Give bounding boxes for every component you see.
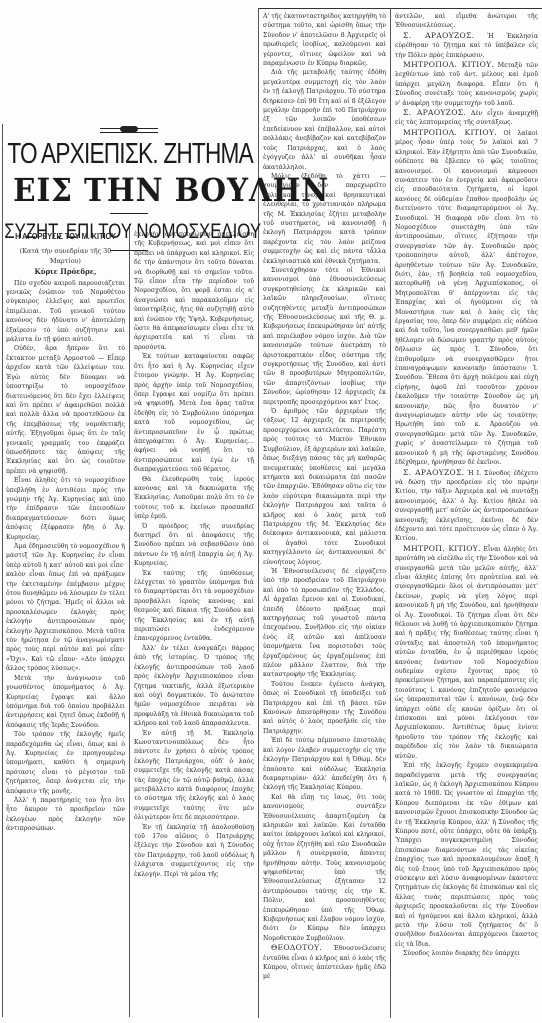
paragraph: Ἀλλ' ἡ παρατήρησίς του ἦτο ὅτι ἦτο ἄκυρο… bbox=[6, 796, 125, 834]
article-subheading: Η ΑΓΟΡΕΥΣΙΣ ΤΟΥ Μ. ΚΙΤΙΟΥ bbox=[15, 232, 116, 241]
paragraph: ἀντελῶν, καὶ εἴμεθα ἀνώτεροι τῆς Ἐθνοσυν… bbox=[395, 12, 538, 31]
paragraph: Θὰ ἐλευθερώθη τοὺς ἱεροὺς κανόνας καὶ τὰ… bbox=[134, 475, 254, 522]
speaker-block: ΜΗΤΡΟΠΟΛ. ΚΙΤΙΟΥ. Οἱ λαϊκοὶ μέρος ἦσαν ὑ… bbox=[395, 128, 538, 468]
speaker-name: Σ. ΑΡΑΟΥΖΟΣ. bbox=[403, 31, 474, 40]
speaker-text: Εἶναι ἀληθὲς ὅτι προὐτάθη νὰ εἰσέλθω εἰς… bbox=[395, 546, 538, 760]
article-column-2: ἐκλογὴν ἀντιπροσώπων ἀπεκλείσθη τῆς Κυβε… bbox=[134, 230, 254, 1017]
speaker-block: ΘΕΟΔΟΤΟΥ. Ἐθνοσυνέλευσις ἐνταῦθα εἶναι ὁ… bbox=[263, 943, 386, 982]
speaker-block: Σ. ΑΡΑΟΥΖΟΣ. Ἡ Ι. Σύνοδος ἐδέχετο νὰ δώσ… bbox=[395, 468, 538, 544]
paragraph: Ἐκ τούτων καταφαίνεται σαφῶς ὅτι ἦτο καὶ… bbox=[134, 352, 254, 474]
newspaper-page: ΤΟ ΑΡΧΙΕΠΙΣΚ. ΖΗΤΗΜΑ ΕΙΣ ΤΗΝ ΒΟΥΛΗΝ ΣΥΖΗ… bbox=[0, 0, 542, 1023]
paragraph: Τούτου ἕνεκεν ἐγένετο ἀνάγκη, ὅπως οἱ Συ… bbox=[263, 680, 386, 736]
paragraph: Οὐδέν, ἄρα ἤπερον ὅτι τὸ ἔκτακτον μεταξὺ… bbox=[6, 344, 125, 476]
speaker-name: ΘΕΟΔΟΤΟΥ. bbox=[271, 943, 322, 952]
article-column-3: Α' τῆς ἐκατονταετηρίδος κατηργήθη τὸ σύσ… bbox=[263, 12, 386, 1017]
paragraph: ἐκλογὴν ἀντιπροσώπων ἀπεκλείσθη τῆς Κυβε… bbox=[134, 230, 254, 352]
headline-line-2: ΕΙΣ ΤΗΝ ΒΟΥΛΗΝ bbox=[13, 171, 245, 209]
paragraph: Σύνοδος λοιπὸν διαρκὴς δὲν ὑπάρχει bbox=[395, 949, 538, 958]
speaker-name: ΜΗΤΡΟΠΟΛ. ΚΙΤΙΟΥ. bbox=[403, 60, 494, 69]
speaker-name: ΜΗΤΡΟΠ. ΚΙΤΙΟΥ. bbox=[403, 544, 481, 553]
paragraph: Διὰ τῆς μεταβολῆς ταύτης ἐδόθη μεγαλυτέρ… bbox=[263, 68, 386, 171]
paragraph: Ἐπὶ τῆς ἐκλογῆς ἔχομεν συγκεκριμένα παρα… bbox=[395, 761, 538, 949]
paragraph: Ὁ ἀριθμὸς τῶν ἀρχιερέων τῆς τάξεως 12 ἀρ… bbox=[263, 407, 386, 567]
speaker-block: ΜΗΤΡΟΠ. ΚΙΤΙΟΥ. Εἶναι ἀληθὲς ὅτι προὐτάθ… bbox=[395, 544, 538, 761]
paragraph: Ἀμα ἐδημοσιεύθη τὸ νομοσχέδιον ἡ μάστιξ … bbox=[6, 542, 125, 674]
speaker-name: ΜΗΤΡΟΠΟΛ. ΚΙΤΙΟΥ. bbox=[403, 128, 497, 137]
paragraph: Ἐν τῇ ἐκκλησίᾳ τῇ ἀπολουθούσῃ τοῦ 17ου α… bbox=[134, 823, 254, 879]
article-column-4: ἀντελῶν, καὶ εἴμεθα ἀνώτεροι τῆς Ἐθνοσυν… bbox=[395, 12, 538, 1017]
column-divider-2 bbox=[258, 8, 259, 1018]
paragraph: Α' τῆς ἐκατονταετηρίδος κατηργήθη τὸ σύσ… bbox=[263, 12, 386, 68]
headline-rule bbox=[110, 213, 148, 214]
paragraph: Ἡ Ἐθνοσυνέλευσις δὲ εἰργάζετο ὑπὸ τὴν πρ… bbox=[263, 567, 386, 680]
speaker-text: Ἡ Ι. Σύνοδος ἐδέχετο νὰ δώσῃ τὴν προεδρε… bbox=[395, 470, 538, 543]
ornament-divider bbox=[100, 128, 158, 133]
paragraph: Ἐκ ταύτης τῆς ὑποθέσεως ἐλέγχεται τὸ γρα… bbox=[134, 569, 254, 644]
paragraph: Τὸν τρόπον τῆς ἐκλογῆς ἡμεῖς παραδεχόμεθ… bbox=[6, 730, 125, 796]
headline-line-1: ΤΟ ΑΡΧΙΕΠΙΣΚ. ΖΗΤΗΜΑ bbox=[7, 137, 250, 171]
article-column-1: Η ΑΓΟΡΕΥΣΙΣ ΤΟΥ Μ. ΚΙΤΙΟΥ (Κατά τὴν συνε… bbox=[6, 230, 125, 1017]
column-divider-3 bbox=[390, 8, 391, 1018]
paragraph: Πὲν σχεδὸν καιροῦ παρουσιάζεται γενικῶς … bbox=[6, 279, 125, 345]
top-rule bbox=[258, 8, 542, 9]
speaker-name: Σ. ΑΡΑΟΥΖΟΣ. bbox=[403, 108, 466, 117]
paragraph: Καὶ θὰ εἴπῃ τις ἴσως, ὅτι τοὺς κανονισμο… bbox=[263, 793, 386, 944]
paragraph: Μετὰ τὴν ἀνάγνωσιν τοῦ γνωσθέντος ὑπομνή… bbox=[6, 674, 125, 730]
column-divider-1 bbox=[129, 224, 130, 1017]
paragraph: Συνετάχθησαν τότε οἱ Ἐθνικοὶ κανονισμοὶ … bbox=[263, 266, 386, 407]
paragraph: Ὁ πρόεδρος τῆς συνεδρίας διατηρεῖ ὅτι αἱ… bbox=[134, 522, 254, 569]
left-border bbox=[2, 124, 3, 1017]
paragraph: Μόλις ἐξεδόθη τὸ χάττι — χουμαγιοῦν δὲν … bbox=[263, 172, 386, 266]
paragraph: Ἐπὶ δὲ τούτῳ πέμπουσιν ἐπιστολὰς καὶ λόγ… bbox=[263, 736, 386, 792]
speaker-text: Οἱ λαϊκοὶ μέρος ἦσαν ὑπὲρ τοὺς 5ν λαϊκοὶ… bbox=[395, 130, 538, 466]
paragraph: Ἐν αὐτῇ τῇ Μ. Ἐκκλησίᾳ Κωνσταντινουπόλεω… bbox=[134, 729, 254, 823]
speaker-block: Σ. ΑΡΑΟΥΖΟΣ. Ἡ Ἐκκλησία εὐρέθησαν τὸ ζήτ… bbox=[395, 31, 538, 60]
paragraph: Εἶναι ἀληθὲς ὅτι τὸ νομοσχέδιον ὑπεβλήθη… bbox=[6, 476, 125, 542]
speaker-name: Σ. ΑΡΑΟΥΖΟΣ. bbox=[403, 468, 464, 477]
paragraph: Ἀλλ' ἐν τέλει ἀναγκάζει θάρρος ἀπὸ τῆς ἱ… bbox=[134, 644, 254, 729]
session-note: (Κατά τὴν συνεδρίαν τῆς 30 Μαρτίου) bbox=[6, 247, 125, 266]
speaker-block: Σ. ΑΡΑΟΥΖΟΣ. Δὲν εἶχεν ἀναμιχθῇ εἰς τὰς … bbox=[395, 108, 538, 128]
session-chair-address: Κύριε Πρόεδρε, bbox=[6, 267, 125, 276]
speaker-block: ΜΗΤΡΟΠΟΛ. ΚΙΤΙΟΥ. Μεταξὺ τῶν λεχθέντων ὑ… bbox=[395, 60, 538, 108]
